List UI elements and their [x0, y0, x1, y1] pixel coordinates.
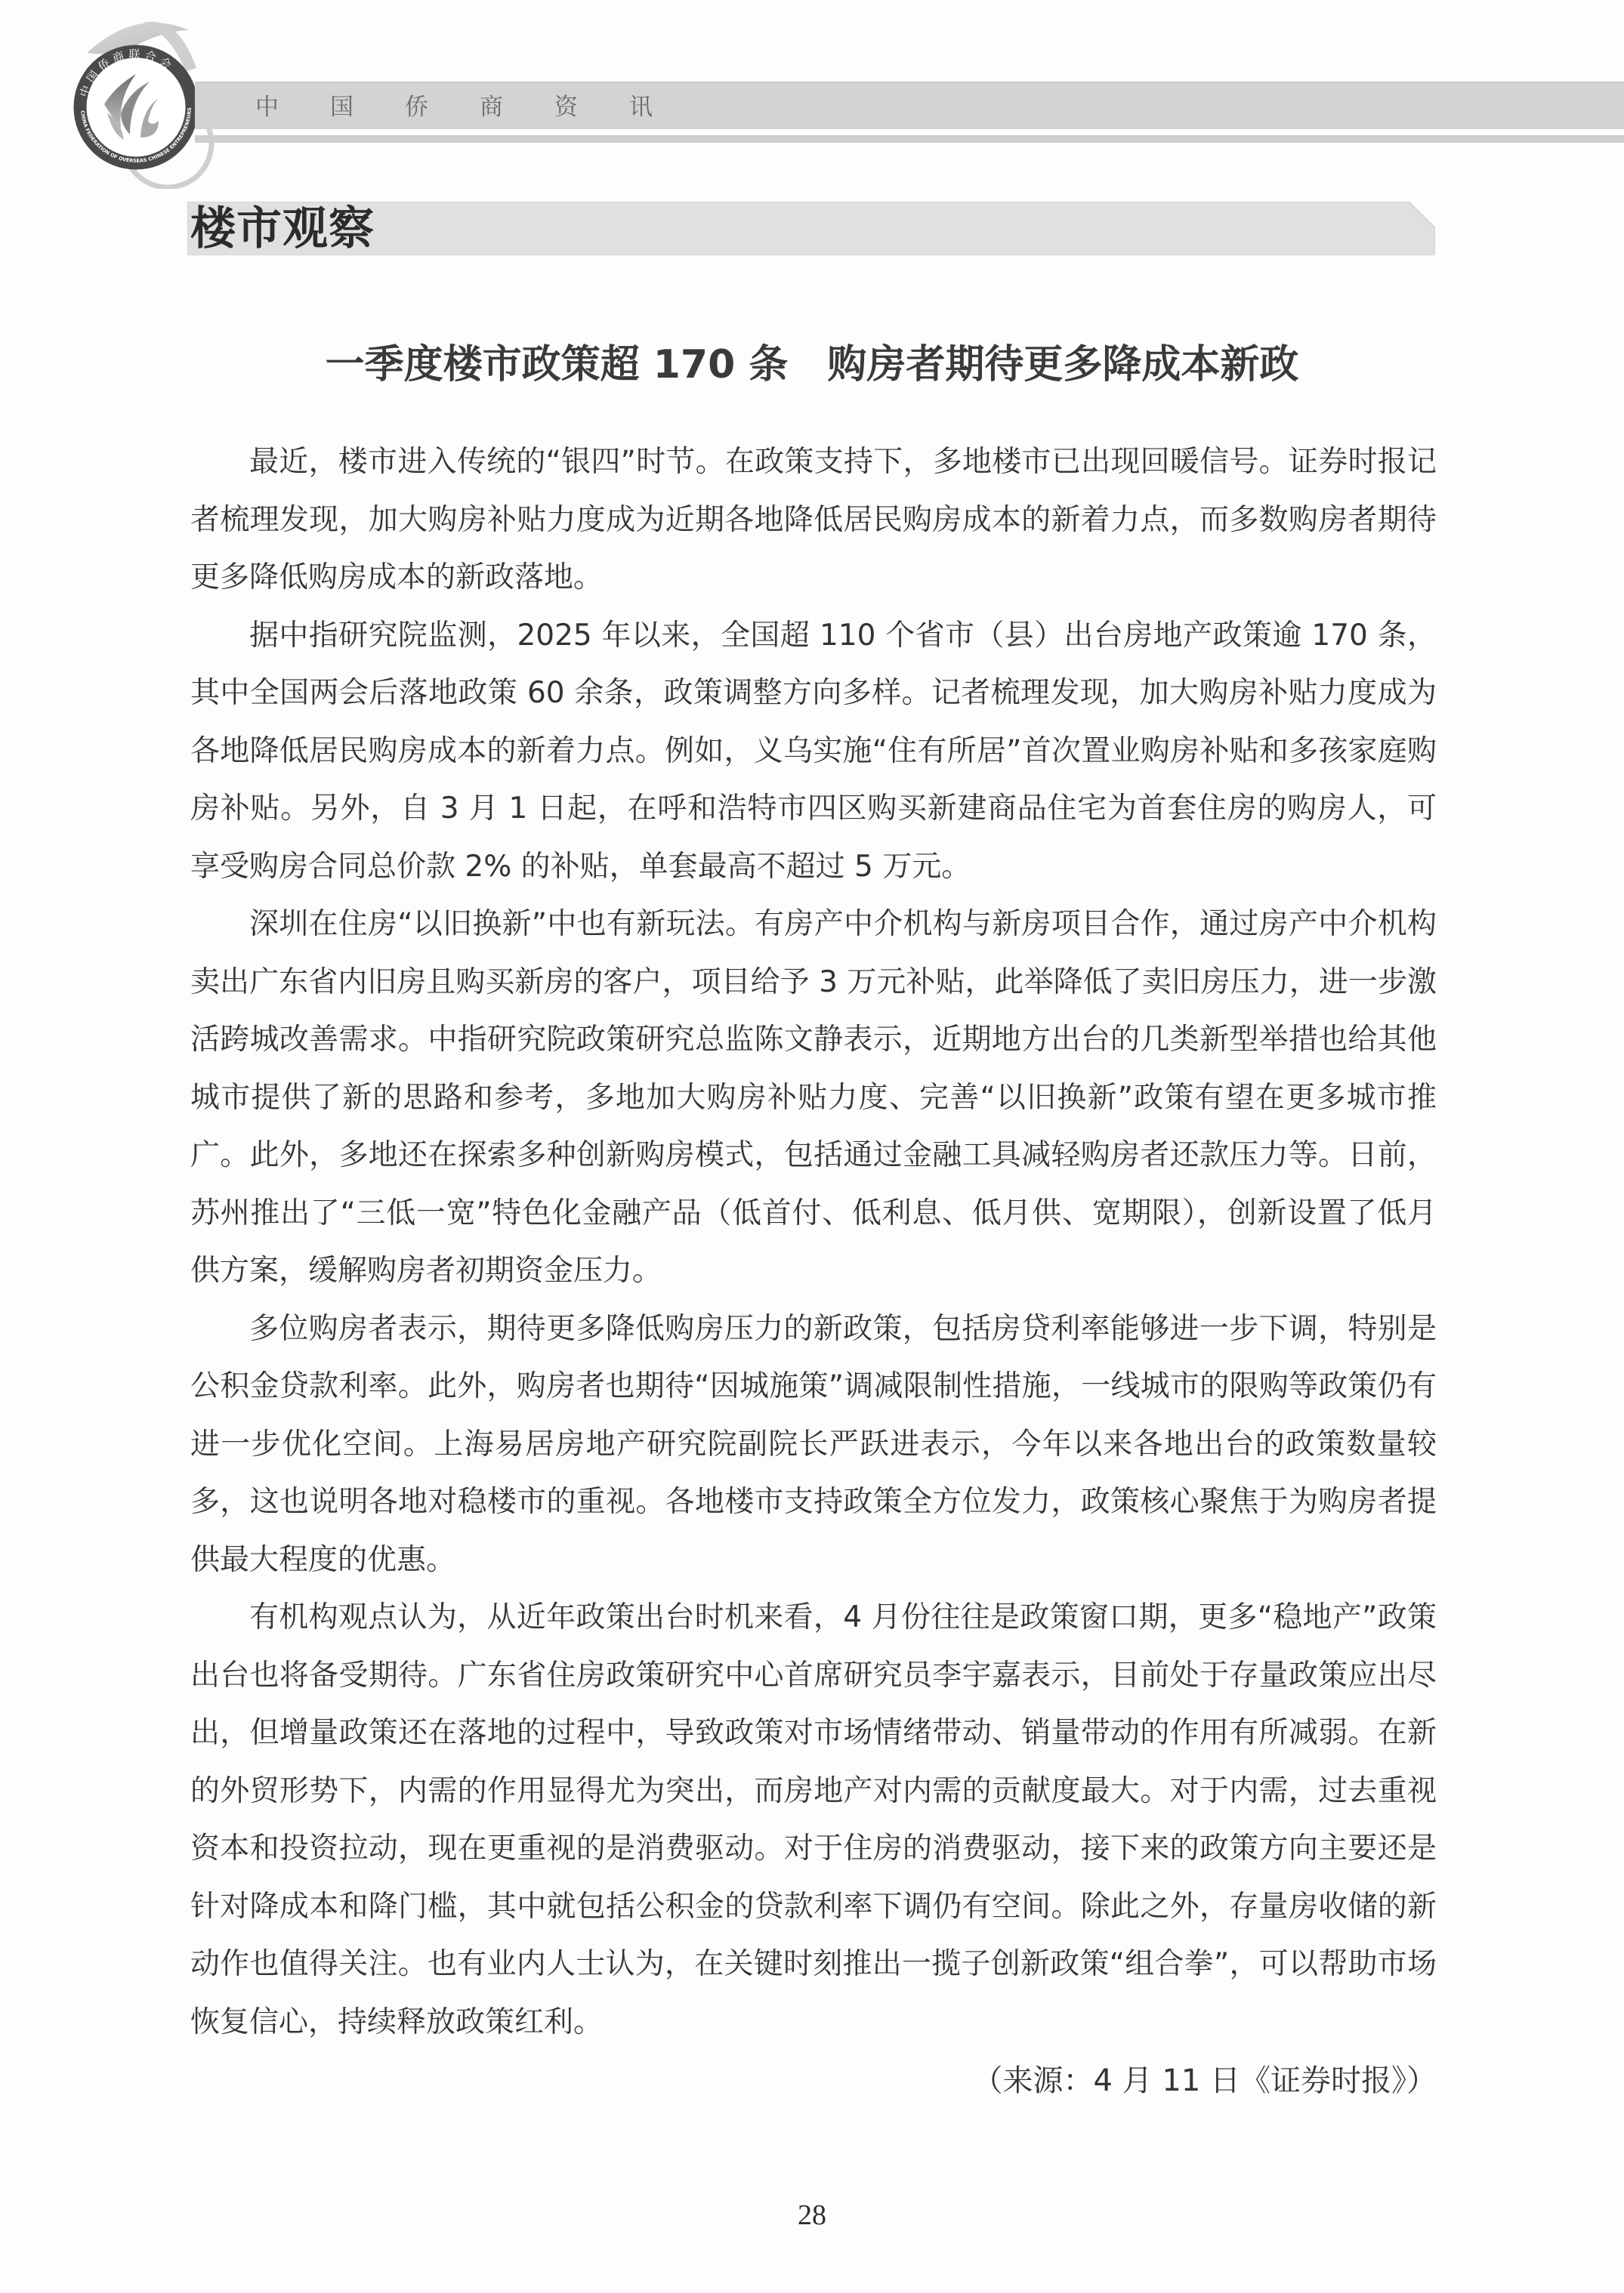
publication-title: 中国侨商资讯 [255, 92, 704, 122]
article-paragraph: 多位购房者表示，期待更多降低购房压力的新政策，包括房贷利率能够进一步下调，特别是… [190, 1301, 1437, 1590]
header-divider [195, 135, 1624, 143]
page-number: 28 [755, 2196, 869, 2234]
article-paragraph: 深圳在住房“以旧换新”中也有新玩法。有房产中介机构与新房项目合作，通过房产中介机… [190, 896, 1437, 1301]
article-paragraph: 有机构观点认为，从近年政策出台时机来看，4 月份往往是政策窗口期，更多“稳地产”… [190, 1589, 1437, 2051]
section-title: 楼市观察 [190, 202, 375, 255]
article-source: （来源：4 月 11 日《证券时报》） [973, 2054, 1437, 2107]
article-paragraph: 据中指研究院监测，2025 年以来，全国超 110 个省市（县）出台房地产政策逾… [190, 607, 1437, 897]
article-body: 最近，楼市进入传统的“银四”时节。在政策支持下，多地楼市已出现回暖信号。证券时报… [190, 434, 1437, 2051]
article-title: 一季度楼市政策超 170 条 购房者期待更多降成本新政 [189, 338, 1435, 391]
article-paragraph: 最近，楼市进入传统的“银四”时节。在政策支持下，多地楼市已出现回暖信号。证券时报… [190, 434, 1437, 607]
